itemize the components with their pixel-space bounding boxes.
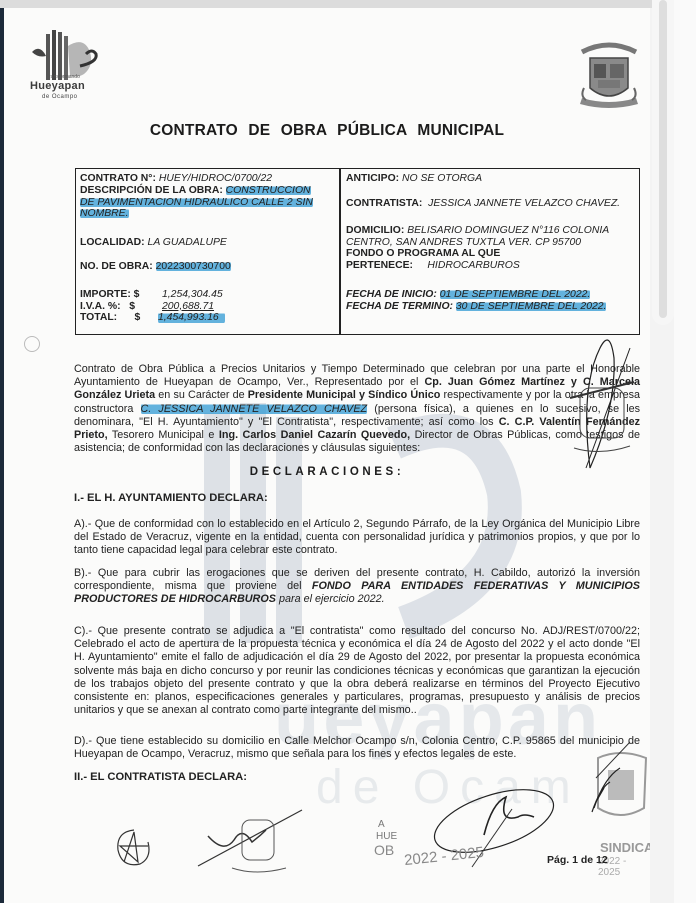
clause-a: A).- Que de conformidad con lo estableci… <box>74 518 640 558</box>
description-value: CONSTRUCCION <box>226 185 311 196</box>
domicilio-row: DOMICILIO: BELISARIO DOMINGUEZ N°116 COL… <box>346 225 636 271</box>
no-obra-row: NO. DE OBRA: 2022300730700 <box>80 261 231 273</box>
contratista-name-highlight: C. JESSICA JANNETE VELAZCO CHAVEZ <box>141 403 368 415</box>
page-number: Pág. 1 de 12 <box>547 854 608 866</box>
clause-d: D).- Que tiene establecido su domicilio … <box>74 735 640 761</box>
amount-values: 1,254,304.45 200,688.71 1,454,993.16 <box>162 289 225 324</box>
scrollbar-thumb[interactable] <box>659 0 667 318</box>
svg-text:A: A <box>378 819 385 830</box>
importe-value: 1,254,304.45 <box>162 289 225 301</box>
top-bar <box>0 0 696 8</box>
contract-number-row: CONTRATO N°: HUEY/HIDROC/0700/22 <box>80 173 336 185</box>
fecha-inicio-value: 01 DE SEPTIEMBRE DEL 2022. <box>440 289 591 300</box>
contract-summary-box: CONTRATO N°: HUEY/HIDROC/0700/22 DESCRIP… <box>75 168 640 335</box>
clause-b: B).- Que para cubrir las erogaciones que… <box>74 567 640 607</box>
anticipo-value: NO SE OTORGA <box>402 173 482 184</box>
punch-hole-mark <box>24 336 40 352</box>
document-page: Transformando Hueyapan de Ocampo CONTRAT… <box>4 8 650 903</box>
anticipo-row: ANTICIPO: NO SE OTORGA <box>346 173 482 185</box>
intro-paragraph: Contrato de Obra Pública a Precios Unita… <box>74 363 640 455</box>
fecha-termino-value: 30 DE SEPTIEMBRE DEL 2022. <box>456 301 607 312</box>
signature-stamp-icon <box>194 806 304 876</box>
initials-signature-icon <box>114 826 154 870</box>
fechas-row: FECHA DE INICIO: 01 DE SEPTIEMBRE DEL 20… <box>346 289 606 312</box>
total-value: 1,454,993.16 <box>158 312 225 324</box>
section-2-heading: II.- EL CONTRATISTA DECLARA: <box>74 771 247 783</box>
contract-number: HUEY/HIDROC/0700/22 <box>159 173 272 184</box>
box-divider <box>339 169 341 334</box>
right-margin <box>674 0 696 903</box>
iva-value: 200,688.71 <box>162 301 225 313</box>
no-obra-value: 2022300730700 <box>156 261 231 272</box>
side-signature-stamp-icon <box>560 328 640 478</box>
logo-name: Hueyapan <box>30 80 85 92</box>
sindicatura-label: SINDICATURA <box>600 840 650 855</box>
svg-text:OB: OB <box>374 842 394 858</box>
description-row: DESCRIPCIÓN DE LA OBRA: CONSTRUCCION DE … <box>80 185 338 220</box>
logo-subname: de Ocampo <box>42 94 78 100</box>
declaraciones-heading: DECLARACIONES: <box>4 466 650 478</box>
amount-labels: IMPORTE: $ I.V.A. %: $ TOTAL: $ <box>80 289 140 324</box>
fondo-value: HIDROCARBUROS <box>427 260 519 271</box>
localidad-value: LA GUADALUPE <box>148 237 227 248</box>
document-title: CONTRATO DE OBRA PÚBLICA MUNICIPAL <box>4 122 650 140</box>
section-1-heading: I.- EL H. AYUNTAMIENTO DECLARA: <box>74 492 268 504</box>
clause-c: C).- Que presente contrato se adjudica a… <box>74 625 640 717</box>
contratista-row: CONTRATISTA: JESSICA JANNETE VELAZCO CHA… <box>346 198 620 210</box>
localidad-row: LOCALIDAD: LA GUADALUPE <box>80 237 227 249</box>
domicilio-value: BELISARIO DOMINGUEZ N°116 COLONIA <box>407 225 609 236</box>
svg-text:HUE: HUE <box>376 831 397 842</box>
contratista-value: JESSICA JANNETE VELAZCO CHAVEZ. <box>428 198 620 209</box>
sindicatura-seal-icon <box>590 748 650 838</box>
coat-of-arms-icon <box>576 38 642 116</box>
